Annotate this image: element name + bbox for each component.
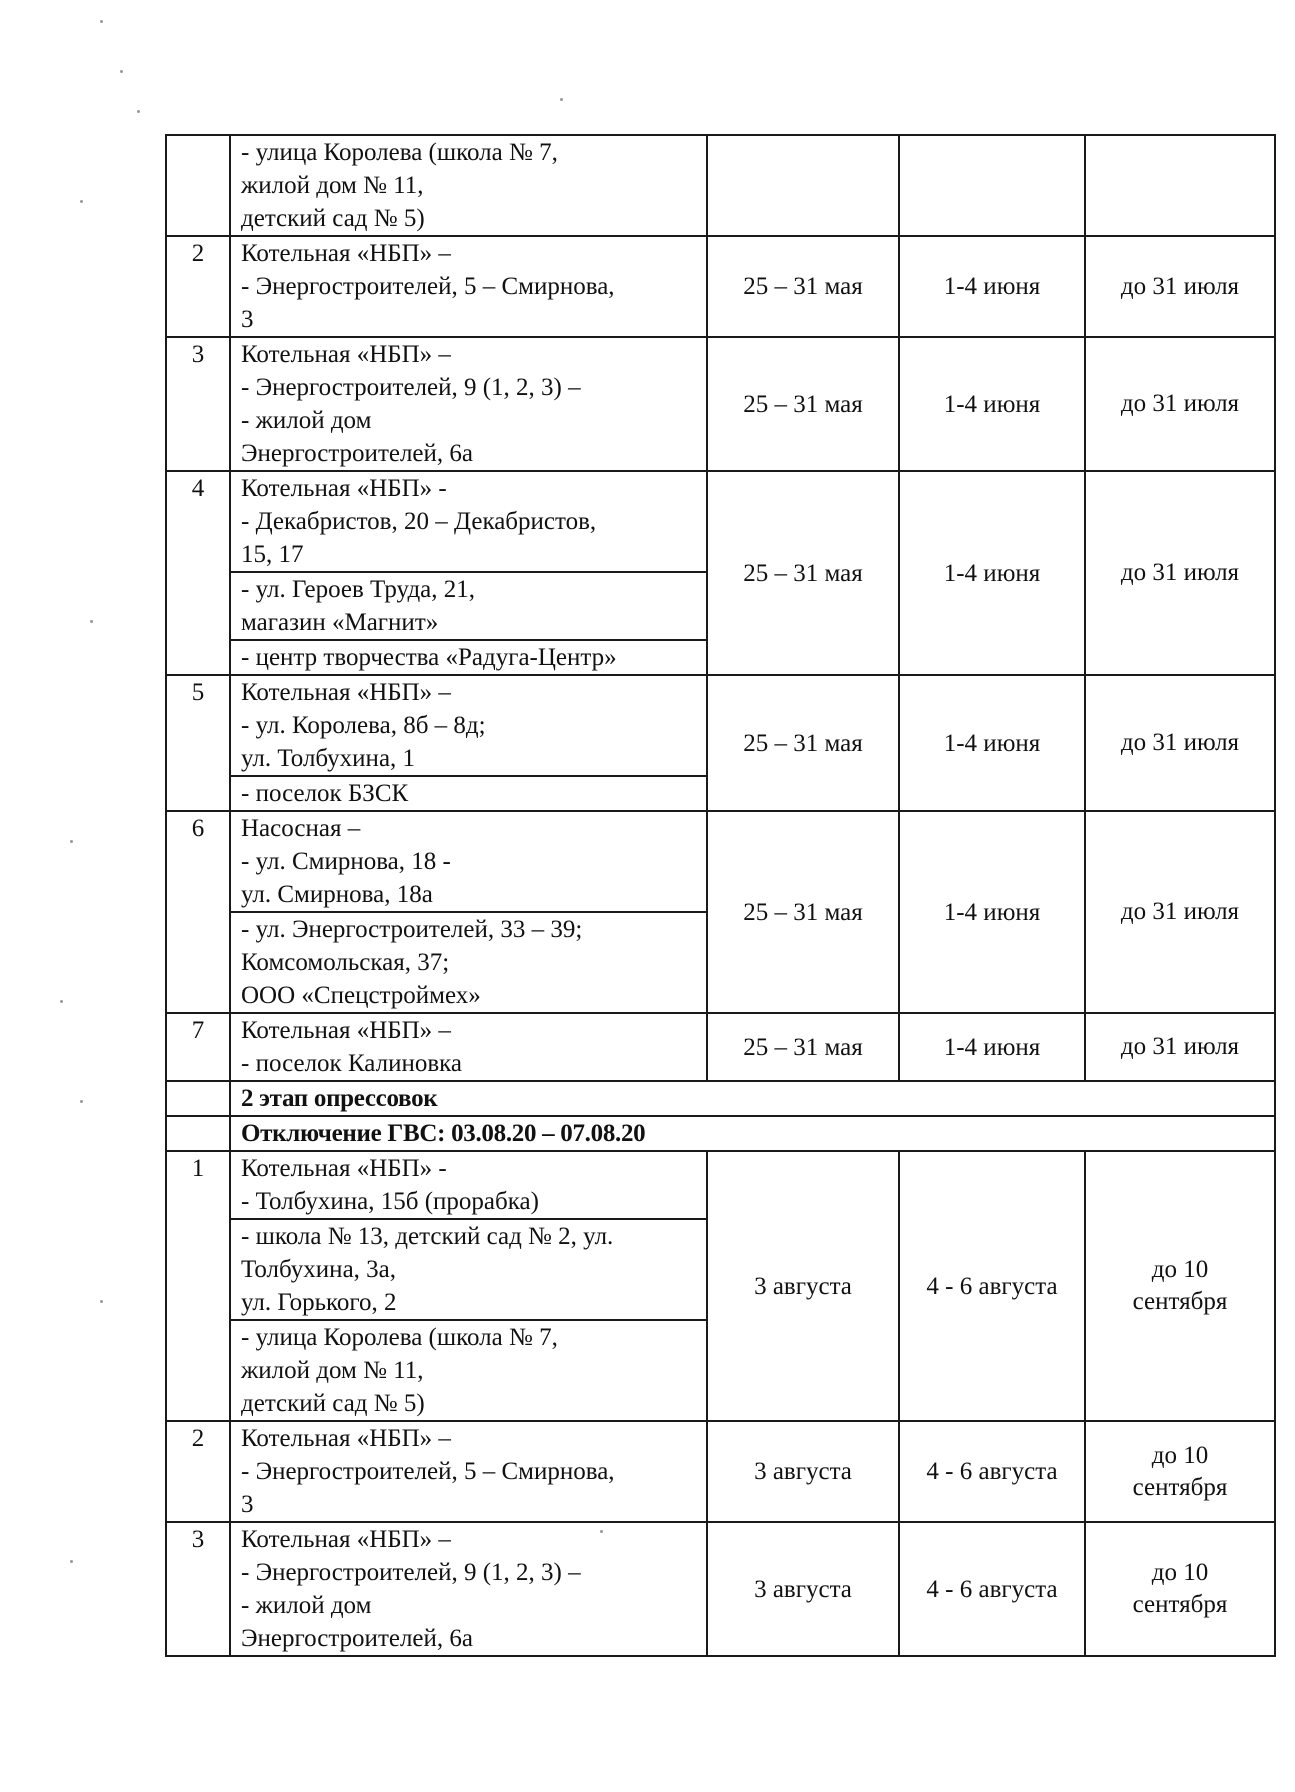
text-line: - ул. Героев Труда, 21, — [241, 573, 696, 606]
repair-deadline: до 10сентября — [1085, 1421, 1275, 1522]
repair-deadline: до 31 июля — [1085, 236, 1275, 337]
address-cell: Котельная «НБП» –- Энергостроителей, 9 (… — [230, 337, 707, 471]
row-number: 4 — [166, 471, 230, 675]
text-line: ул. Смирнова, 18а — [241, 878, 696, 911]
row-number: 2 — [166, 236, 230, 337]
schedule-table: - улица Королева (школа № 7,жилой дом № … — [165, 134, 1276, 1657]
pressure-test-date: 25 – 31 мая — [707, 1013, 899, 1081]
retest-date: 1-4 июня — [899, 675, 1085, 811]
row-number — [166, 135, 230, 236]
text-line: ул. Толбухина, 1 — [241, 742, 696, 775]
repair-deadline: до 31 июля — [1085, 1013, 1275, 1081]
repair-deadline: до 10сентября — [1085, 1151, 1275, 1421]
scan-speck — [600, 1530, 603, 1533]
table-row: 3Котельная «НБП» –- Энергостроителей, 9 … — [166, 1522, 1275, 1656]
row-number: 3 — [166, 337, 230, 471]
row-number: 2 — [166, 1421, 230, 1522]
pressure-test-date: 3 августа — [707, 1151, 899, 1421]
text-line: Комсомольская, 37; — [241, 946, 696, 979]
address-cell: Котельная «НБП» –- Энергостроителей, 5 –… — [230, 236, 707, 337]
scan-speck — [80, 200, 83, 203]
text-line: - Энергостроителей, 9 (1, 2, 3) – — [241, 371, 696, 404]
text-line: - школа № 13, детский сад № 2, ул. — [241, 1220, 696, 1253]
pressure-test-date — [707, 135, 899, 236]
text-line: - Декабристов, 20 – Декабристов, — [241, 505, 696, 538]
row-number: 6 — [166, 811, 230, 1013]
table-row: - улица Королева (школа № 7,жилой дом № … — [166, 135, 1275, 236]
text-line: - поселок Калиновка — [241, 1047, 696, 1080]
repair-deadline: до 31 июля — [1085, 471, 1275, 675]
retest-date: 1-4 июня — [899, 236, 1085, 337]
text-line: - Энергостроителей, 5 – Смирнова, — [241, 270, 696, 303]
scan-speck — [80, 1100, 83, 1103]
text-line: Энергостроителей, 6а — [241, 1622, 696, 1655]
text-line: - Энергостроителей, 9 (1, 2, 3) – — [241, 1556, 696, 1589]
scan-speck — [137, 110, 140, 113]
table-row: 2Котельная «НБП» –- Энергостроителей, 5 … — [166, 1421, 1275, 1522]
address-cell: - улица Королева (школа № 7,жилой дом № … — [230, 135, 707, 236]
retest-date: 1-4 июня — [899, 337, 1085, 471]
pressure-test-date: 3 августа — [707, 1522, 899, 1656]
table-row: 6Насосная –- ул. Смирнова, 18 -ул. Смирн… — [166, 811, 1275, 912]
schedule-table-body: - улица Королева (школа № 7,жилой дом № … — [166, 135, 1275, 1656]
scan-speck — [70, 840, 73, 843]
scan-speck — [100, 1300, 103, 1303]
text-line: сентября — [1096, 1589, 1264, 1621]
shutdown-period-row: Отключение ГВС: 03.08.20 – 07.08.20 — [166, 1116, 1275, 1151]
pressure-test-date: 25 – 31 мая — [707, 236, 899, 337]
shutdown-period-row-label: Отключение ГВС: 03.08.20 – 07.08.20 — [230, 1116, 1275, 1151]
text-line: Котельная «НБП» - — [241, 1152, 696, 1185]
text-line: Котельная «НБП» – — [241, 237, 696, 270]
text-line: Котельная «НБП» – — [241, 676, 696, 709]
text-line: ООО «Спецстроймех» — [241, 979, 696, 1012]
text-line: ул. Горького, 2 — [241, 1286, 696, 1319]
text-line: - жилой дом — [241, 1589, 696, 1622]
text-line: - центр творчества «Радуга-Центр» — [241, 641, 696, 674]
row-number: 5 — [166, 675, 230, 811]
repair-deadline: до 31 июля — [1085, 337, 1275, 471]
retest-date: 4 - 6 августа — [899, 1522, 1085, 1656]
stage-title-row: 2 этап опрессовок — [166, 1081, 1275, 1116]
pressure-test-date: 25 – 31 мая — [707, 337, 899, 471]
text-line: Котельная «НБП» – — [241, 1523, 696, 1556]
pressure-test-date: 25 – 31 мая — [707, 675, 899, 811]
table-row: 3Котельная «НБП» –- Энергостроителей, 9 … — [166, 337, 1275, 471]
text-line: детский сад № 5) — [241, 1387, 696, 1420]
address-cell: Котельная «НБП» -- Декабристов, 20 – Дек… — [230, 471, 707, 572]
pressure-test-date: 3 августа — [707, 1421, 899, 1522]
scan-speck — [90, 620, 93, 623]
scan-speck — [560, 98, 563, 101]
retest-date: 4 - 6 августа — [899, 1151, 1085, 1421]
retest-date: 1-4 июня — [899, 471, 1085, 675]
text-line: - поселок БЗСК — [241, 777, 696, 810]
table-row: 4Котельная «НБП» -- Декабристов, 20 – Де… — [166, 471, 1275, 572]
text-line: до 10 — [1096, 1557, 1264, 1589]
text-line: Толбухина, 3а, — [241, 1253, 696, 1286]
scan-speck — [100, 20, 103, 23]
table-row: 7Котельная «НБП» –- поселок Калиновка25 … — [166, 1013, 1275, 1081]
text-line: - ул. Королева, 8б – 8д; — [241, 709, 696, 742]
address-cell: - улица Королева (школа № 7,жилой дом № … — [230, 1320, 707, 1421]
text-line: Котельная «НБП» – — [241, 1422, 696, 1455]
pressure-test-date: 25 – 31 мая — [707, 471, 899, 675]
retest-date: 1-4 июня — [899, 811, 1085, 1013]
address-cell: Котельная «НБП» –- Энергостроителей, 5 –… — [230, 1421, 707, 1522]
address-cell: Насосная –- ул. Смирнова, 18 -ул. Смирно… — [230, 811, 707, 912]
address-cell: Котельная «НБП» –- поселок Калиновка — [230, 1013, 707, 1081]
text-line: 3 — [241, 1488, 696, 1521]
address-cell: Котельная «НБП» –- ул. Королева, 8б – 8д… — [230, 675, 707, 776]
row-number: 7 — [166, 1013, 230, 1081]
retest-date — [899, 135, 1085, 236]
table-row: 1Котельная «НБП» -- Толбухина, 15б (прор… — [166, 1151, 1275, 1219]
scanned-page: - улица Королева (школа № 7,жилой дом № … — [0, 0, 1295, 1792]
repair-deadline: до 31 июля — [1085, 675, 1275, 811]
text-line: детский сад № 5) — [241, 202, 696, 235]
text-line: до 10 — [1096, 1254, 1264, 1286]
text-line: до 10 — [1096, 1440, 1264, 1472]
text-line: жилой дом № 11, — [241, 169, 696, 202]
empty-number-cell — [166, 1081, 230, 1116]
text-line: - Толбухина, 15б (прорабка) — [241, 1185, 696, 1218]
text-line: сентября — [1096, 1286, 1264, 1318]
scan-speck — [120, 70, 123, 73]
text-line: жилой дом № 11, — [241, 1354, 696, 1387]
text-line: - ул. Смирнова, 18 - — [241, 845, 696, 878]
repair-deadline: до 10сентября — [1085, 1522, 1275, 1656]
pressure-test-date: 25 – 31 мая — [707, 811, 899, 1013]
address-cell: - ул. Героев Труда, 21,магазин «Магнит» — [230, 572, 707, 640]
scan-speck — [60, 1000, 63, 1003]
text-line: - Энергостроителей, 5 – Смирнова, — [241, 1455, 696, 1488]
row-number: 3 — [166, 1522, 230, 1656]
text-line: 15, 17 — [241, 538, 696, 571]
text-line: - улица Королева (школа № 7, — [241, 1321, 696, 1354]
table-row: 5Котельная «НБП» –- ул. Королева, 8б – 8… — [166, 675, 1275, 776]
retest-date: 4 - 6 августа — [899, 1421, 1085, 1522]
stage-title-row-label: 2 этап опрессовок — [230, 1081, 1275, 1116]
repair-deadline — [1085, 135, 1275, 236]
retest-date: 1-4 июня — [899, 1013, 1085, 1081]
text-line: Котельная «НБП» - — [241, 472, 696, 505]
repair-deadline: до 31 июля — [1085, 811, 1275, 1013]
address-cell: - поселок БЗСК — [230, 776, 707, 811]
address-cell: - центр творчества «Радуга-Центр» — [230, 640, 707, 675]
text-line: - жилой дом — [241, 404, 696, 437]
text-line: - улица Королева (школа № 7, — [241, 136, 696, 169]
text-line: Котельная «НБП» – — [241, 1014, 696, 1047]
table-row: 2Котельная «НБП» –- Энергостроителей, 5 … — [166, 236, 1275, 337]
text-line: Энергостроителей, 6а — [241, 437, 696, 470]
address-cell: Котельная «НБП» -- Толбухина, 15б (прора… — [230, 1151, 707, 1219]
text-line: сентября — [1096, 1472, 1264, 1504]
scan-speck — [70, 1560, 73, 1563]
text-line: Котельная «НБП» – — [241, 338, 696, 371]
empty-number-cell — [166, 1116, 230, 1151]
row-number: 1 — [166, 1151, 230, 1421]
text-line: Насосная – — [241, 812, 696, 845]
text-line: - ул. Энергостроителей, 33 – 39; — [241, 913, 696, 946]
address-cell: - ул. Энергостроителей, 33 – 39;Комсомол… — [230, 912, 707, 1013]
text-line: 3 — [241, 303, 696, 336]
address-cell: Котельная «НБП» –- Энергостроителей, 9 (… — [230, 1522, 707, 1656]
text-line: магазин «Магнит» — [241, 606, 696, 639]
address-cell: - школа № 13, детский сад № 2, ул.Толбух… — [230, 1219, 707, 1320]
